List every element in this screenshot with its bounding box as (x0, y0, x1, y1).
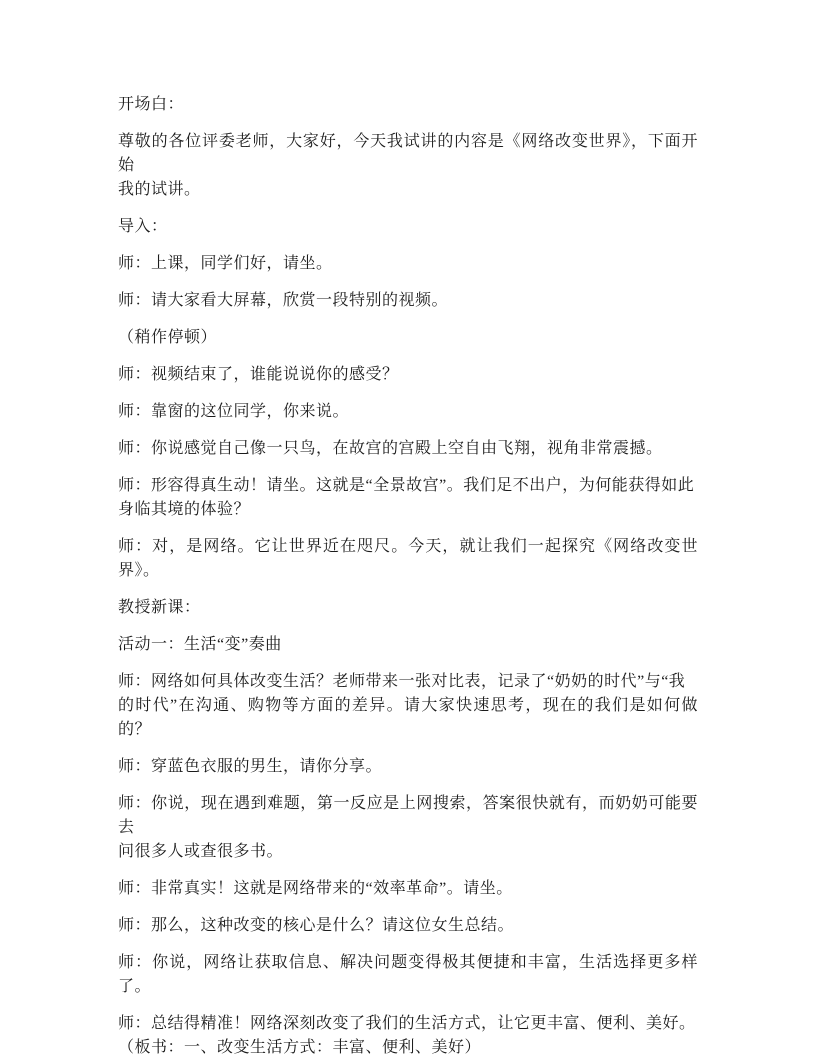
section-label-opening: 开场白： (118, 93, 698, 117)
section-label-lead-in: 导入： (118, 215, 698, 239)
section-label-new-lesson: 教授新课： (118, 596, 698, 620)
document-page: 开场白：尊敬的各位评委老师，大家好，今天我试讲的内容是《网络改变世界》，下面开始… (0, 0, 816, 1056)
teacher-line: 师：你说，现在遇到难题，第一反应是上网搜索，答案很快就有，而奶奶可能要去问很多人… (118, 792, 698, 864)
teacher-line: 师：请大家看大屏幕，欣赏一段特别的视频。 (118, 289, 698, 313)
teacher-line: 师：你说，网络让获取信息、解决问题变得极其便捷和丰富，生活选择更多样了。 (118, 951, 698, 999)
teacher-line: 师：非常真实！这就是网络带来的“效率革命”。请坐。 (118, 877, 698, 901)
teacher-line: 师：上课，同学们好，请坐。 (118, 252, 698, 276)
document-body: 开场白：尊敬的各位评委老师，大家好，今天我试讲的内容是《网络改变世界》，下面开始… (118, 93, 698, 1056)
teacher-line: 师：穿蓝色衣服的男生，请你分享。 (118, 755, 698, 779)
teacher-line: 师：网络如何具体改变生活？老师带来一张对比表，记录了“奶奶的时代”与“我的时代”… (118, 670, 698, 742)
teacher-line: 师：靠窗的这位同学，你来说。 (118, 400, 698, 424)
teacher-line: 师：你说感觉自己像一只鸟，在故宫的宫殿上空自由飞翔，视角非常震撼。 (118, 437, 698, 461)
stage-direction: （稍作停顿） (118, 326, 698, 350)
teacher-line: 师：形容得真生动！请坐。这就是“全景故宫”。我们足不出户，为何能获得如此身临其境… (118, 474, 698, 522)
activity-heading: 活动一：生活“变”奏曲 (118, 633, 698, 657)
opening-remarks: 尊敬的各位评委老师，大家好，今天我试讲的内容是《网络改变世界》，下面开始我的试讲… (118, 130, 698, 202)
teacher-line: 师：视频结束了，谁能说说你的感受？ (118, 363, 698, 387)
teacher-line: 师：那么，这种改变的核心是什么？请这位女生总结。 (118, 914, 698, 938)
teacher-line: 师：对，是网络。它让世界近在咫尺。今天，就让我们一起探究《网络改变世界》。 (118, 535, 698, 583)
teacher-line-with-board-note: 师：总结得精准！网络深刻改变了我们的生活方式，让它更丰富、便利、美好。（板书：一… (118, 1012, 698, 1056)
